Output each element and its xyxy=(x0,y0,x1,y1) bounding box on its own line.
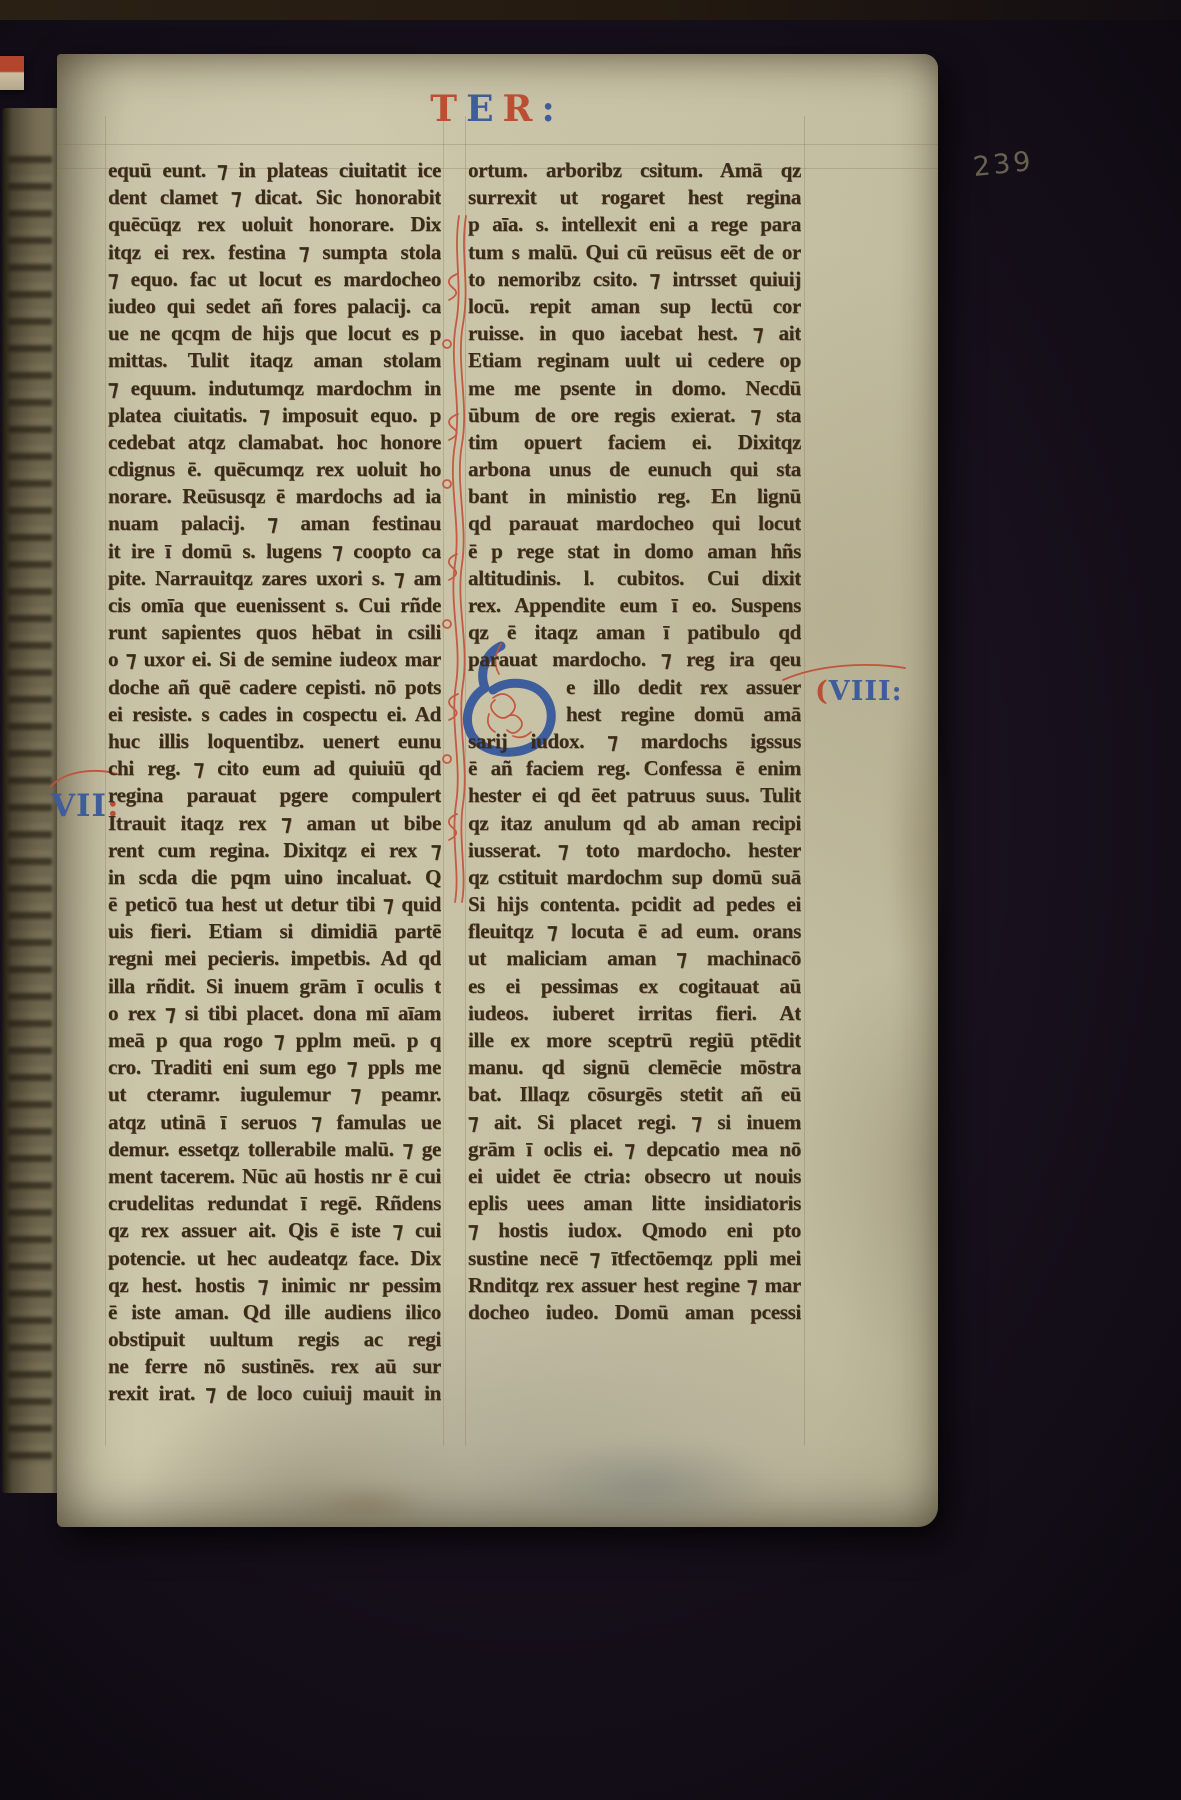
text-line: chi reg. ⁊ cito eum ad quiuiū qd xyxy=(108,755,441,782)
text-line: qd parauat mardocheo qui locut xyxy=(468,510,801,537)
text-line: bat. Illaqz cōsurgēs stetit añ eū xyxy=(468,1081,801,1108)
text-line: grām ī oclis ei. ⁊ depcatio mea nō xyxy=(468,1136,801,1163)
text-line: runt sapientes quos hēbat in csili xyxy=(108,619,441,646)
text-column-right: ortum. arboribz csitum. Amā qzsurrexit u… xyxy=(468,157,801,1326)
running-title-letter-t: T xyxy=(430,88,466,130)
manuscript-photo: TER: 239 xyxy=(0,0,1181,1800)
text-line: sustine necē ⁊ ītfectōemqz ppli mei xyxy=(468,1245,801,1272)
text-line: p aīa. s. intellexit eni a rege para xyxy=(468,211,801,238)
text-line: crudelitas redundat ī regē. Rñdens xyxy=(108,1190,441,1217)
text-line: ruisse. in quo iacebat hest. ⁊ ait xyxy=(468,320,801,347)
text-line: iudeo qui sedet añ fores palacij. ca xyxy=(108,293,441,320)
text-line: qz hest. hostis ⁊ inimic nr pessim xyxy=(108,1272,441,1299)
running-title-colon: : xyxy=(541,88,563,130)
text-line: it ire ī domū s. lugens ⁊ coopto ca xyxy=(108,538,441,565)
text-line: ille ex more sceptrū regiū ptēdit xyxy=(468,1027,801,1054)
text-line: meā p qua rogo ⁊ pplm meū. p q obse xyxy=(108,1027,441,1054)
book-top-edge xyxy=(0,0,1181,20)
text-line: in scda die pqm uino incaluat. Q xyxy=(108,864,441,891)
vii-numeral: VII xyxy=(51,788,107,824)
running-title: TER: xyxy=(397,88,597,130)
text-line: Etiam reginam uult ui cedere op xyxy=(468,347,801,374)
text-line: platea ciuitatis. ⁊ imposuit equo. p xyxy=(108,402,441,429)
text-line: ē añ faciem reg. Confessa ē enim xyxy=(468,755,801,782)
text-line: cro. Traditi eni sum ego ⁊ ppls me xyxy=(108,1054,441,1081)
text-line: ut cteramr. iugulemur ⁊ peamr. xyxy=(108,1081,441,1108)
text-line: potencie. ut hec audeatqz face. Dix xyxy=(108,1245,441,1272)
text-line: atqz utinā ī seruos ⁊ famulas ue xyxy=(108,1109,441,1136)
text-line: qz cstituit mardochm sup domū suā xyxy=(468,864,801,891)
text-line: illa rñdit. Si inuem grām ī oculis t xyxy=(108,973,441,1000)
text-column-left: equū eunt. ⁊ in plateas ciuitatit iceden… xyxy=(108,157,441,1408)
text-line: sarij iudox. ⁊ mardochs igssus xyxy=(468,728,801,755)
text-line: regina parauat pgere compulert xyxy=(108,782,441,809)
running-title-letter-r: R xyxy=(503,88,542,130)
text-line: rent cum regina. Dixitqz ei rex ⁊ xyxy=(108,837,441,864)
text-line: ⁊ ait. Si placet regi. ⁊ si inuem xyxy=(468,1109,801,1136)
stain-brown-smudge xyxy=(307,1484,427,1524)
text-line: qz itaz anulum qd ab aman recipi xyxy=(468,810,801,837)
text-line: o ⁊ uxor ei. Si de semine iudeox mar xyxy=(108,646,441,673)
text-line: manu. qd signū clemēcie mōstra xyxy=(468,1054,801,1081)
text-line: es ei pessimas ex cogitauat aū xyxy=(468,973,801,1000)
bookmark-tab xyxy=(0,56,24,90)
text-line: parauat mardocho. ⁊ reg ira qeu xyxy=(468,646,801,673)
text-line: ⁊ equo. fac ut locut es mardocheo xyxy=(108,266,441,293)
text-line: altitudinis. l. cubitos. Cui dixit xyxy=(468,565,801,592)
running-title-letter-e: E xyxy=(466,88,502,130)
text-line: demur. essetqz tollerabile malū. ⁊ ge xyxy=(108,1136,441,1163)
text-line: cis omīa que euenissent s. Cui rñde xyxy=(108,592,441,619)
text-line: eplis uees aman litte insidiatoris xyxy=(468,1190,801,1217)
text-line: dent clamet ⁊ dicat. Sic honorabit xyxy=(108,184,441,211)
text-line: rex. Appendite eum ī eo. Suspens xyxy=(468,592,801,619)
blurred-text-lines xyxy=(8,148,52,1463)
text-line: norare. Reūsusqz ē mardochs ad ia xyxy=(108,483,441,510)
text-line: surrexit ut rogaret hest regina xyxy=(468,184,801,211)
text-line: Itrauit itaqz rex ⁊ aman ut bibe xyxy=(108,810,441,837)
stain-edge-discoloration xyxy=(887,694,947,994)
text-line: pite. Narrauitqz zares uxori s. ⁊ am xyxy=(108,565,441,592)
text-line: to nemoribz csito. ⁊ intrsset quiuij xyxy=(468,266,801,293)
text-line: ortum. arboribz csitum. Amā qz xyxy=(468,157,801,184)
text-line: ei resiste. s cades in cospectu ei. Ad xyxy=(108,701,441,728)
text-line: nuam palacij. ⁊ aman festinau xyxy=(108,510,441,537)
text-line: itqz ei rex. festina ⁊ sumpta stola xyxy=(108,239,441,266)
text-line: o rex ⁊ si tibi placet. dona mī aīam xyxy=(108,1000,441,1027)
text-line: locū. repit aman sup lectū cor xyxy=(468,293,801,320)
folio-number: 239 xyxy=(972,144,1055,183)
text-line: tum s malū. Qui cū reūsus eēt de or xyxy=(468,239,801,266)
text-line: equū eunt. ⁊ in plateas ciuitatit ice xyxy=(108,157,441,184)
text-line: qz ē itaqz aman ī patibulo qd xyxy=(468,619,801,646)
text-line: me me psente in domo. Necdū xyxy=(468,375,801,402)
text-line: hester ei qd ēet patruus suus. Tulit xyxy=(468,782,801,809)
text-line: ne ferre nō sustinēs. rex aū sur xyxy=(108,1353,441,1380)
text-line: ei uidet ēe ctria: obsecro ut nouis xyxy=(468,1163,801,1190)
text-line: ē iste aman. Qd ille audiens ilico xyxy=(108,1299,441,1326)
text-line: ment tacerem. Nūc aū hostis nr ē cui xyxy=(108,1163,441,1190)
text-line: e illo dedit rex assuer xyxy=(468,674,801,701)
text-line: ue ne qcqm de hijs que locut es p xyxy=(108,320,441,347)
text-line: iusserat. ⁊ toto mardocho. hester xyxy=(468,837,801,864)
chapter-marker-viii: (VIII: xyxy=(815,676,903,707)
text-line: cedebat atqz clamabat. hoc honore xyxy=(108,429,441,456)
text-line: mittas. Tulit itaqz aman stolam xyxy=(108,347,441,374)
text-line: ⁊ hostis iudox. Qmodo eni pto xyxy=(468,1217,801,1244)
text-line: ē peticō tua hest ut detur tibi ⁊ quid xyxy=(108,891,441,918)
text-line: quēcūqz rex uoluit honorare. Dix xyxy=(108,211,441,238)
stain-grey-smudge xyxy=(517,1439,777,1529)
text-line: arbona unus de eunuch qui sta xyxy=(468,456,801,483)
text-line: ⁊ equum. indutumqz mardochm in xyxy=(108,375,441,402)
ruling-line-col-right-b xyxy=(804,116,805,1446)
text-line: obstipuit uultum regis ac regi xyxy=(108,1326,441,1353)
text-line: Rnditqz rex assuer hest regine ⁊ mar xyxy=(468,1272,801,1299)
text-line: cdignus ē. quēcumqz rex uoluit ho xyxy=(108,456,441,483)
text-line: regni mei pecieris. impetbis. Ad qd xyxy=(108,945,441,972)
text-line: tim opuert faciem ei. Dixitqz xyxy=(468,429,801,456)
text-line: ūbum de ore regis exierat. ⁊ sta xyxy=(468,402,801,429)
text-line: Si hijs contenta. pcidit ad pedes ei xyxy=(468,891,801,918)
text-line: ut maliciam aman ⁊ machinacō xyxy=(468,945,801,972)
text-line: uis fieri. Etiam si dimidiā partē xyxy=(108,918,441,945)
manuscript-page: TER: 239 xyxy=(57,54,938,1527)
text-line: fleuitqz ⁊ locuta ē ad eum. orans xyxy=(468,918,801,945)
text-line: rexit irat. ⁊ de loco cuiuij mauit in xyxy=(108,1380,441,1407)
text-line: ē p rege stat in domo aman hñs xyxy=(468,538,801,565)
text-line: doche añ quē cadere cepisti. nō pots xyxy=(108,674,441,701)
ruling-line-top xyxy=(57,144,938,145)
text-line: qz rex assuer ait. Qis ē iste ⁊ cui xyxy=(108,1217,441,1244)
text-line: huc illis loquentibz. uenert eunu xyxy=(108,728,441,755)
text-line: hest regine domū amā adu xyxy=(468,701,801,728)
text-line: iudeos. iuberet irritas fieri. At xyxy=(468,1000,801,1027)
text-line: bant in ministio reg. En lignū xyxy=(468,483,801,510)
text-line: docheo iudeo. Domū aman pcessi xyxy=(468,1299,801,1326)
